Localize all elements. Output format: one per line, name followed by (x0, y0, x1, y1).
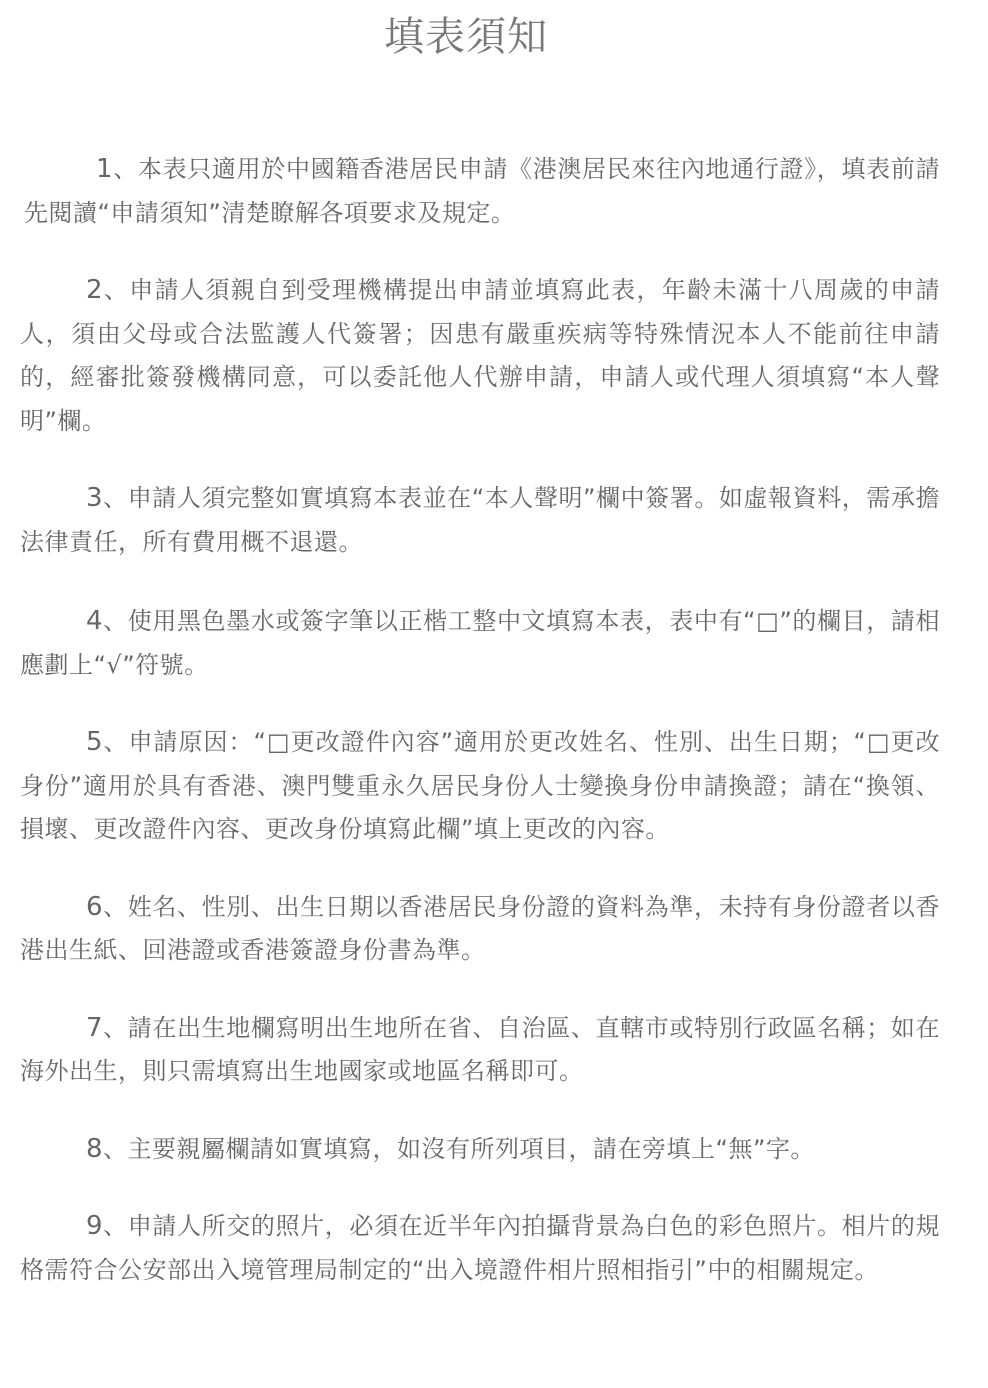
page-title: 填表須知 (0, 12, 932, 62)
note-number: 2 (86, 275, 103, 305)
note-item-9: 9、申請人所交的照片，必須在近半年內拍攝背景為白色的彩色照片。相片的規格需符合公… (20, 1205, 940, 1292)
note-text: 、申請原因：“□更改證件內容”適用於更改姓名、性別、出生日期；“□更改身份”適用… (20, 728, 940, 843)
note-text: 、請在出生地欄寫明出生地所在省、自治區、直轄市或特別行政區名稱；如在海外出生，則… (20, 1014, 940, 1086)
note-text: 、姓名、性別、出生日期以香港居民身份證的資料為準，未持有身份證者以香港出生紙、回… (20, 893, 940, 965)
note-number: 8 (86, 1134, 103, 1164)
note-item-6: 6、姓名、性別、出生日期以香港居民身份證的資料為準，未持有身份證者以香港出生紙、… (20, 886, 940, 973)
note-text: 、使用黑色墨水或簽字筆以正楷工整中文填寫本表，表中有“□”的欄目，請相應劃上“√… (20, 607, 940, 679)
note-item-7: 7、請在出生地欄寫明出生地所在省、自治區、直轄市或特別行政區名稱；如在海外出生，… (20, 1007, 940, 1094)
note-text: 、申請人須親自到受理機構提出申請並填寫此表，年齡未滿十八周歲的申請人，須由父母或… (20, 276, 940, 435)
note-text: 、本表只適用於中國籍香港居民申請《港澳居民來往內地通行證》，填表前請先閱讀“申請… (24, 155, 940, 227)
note-number: 5 (86, 727, 103, 757)
notes-list: 1、本表只適用於中國籍香港居民申請《港澳居民來往內地通行證》，填表前請先閱讀“申… (20, 148, 940, 1326)
note-item-4: 4、使用黑色墨水或簽字筆以正楷工整中文填寫本表，表中有“□”的欄目，請相應劃上“… (20, 600, 940, 687)
note-text: 、主要親屬欄請如實填寫，如沒有所列項目，請在旁填上“無”字。 (103, 1135, 815, 1163)
note-item-2: 2、申請人須親自到受理機構提出申請並填寫此表，年齡未滿十八周歲的申請人，須由父母… (20, 269, 940, 443)
note-number: 9 (86, 1211, 103, 1241)
note-text: 、申請人須完整如實填寫本表並在“本人聲明”欄中簽署。如虛報資料，需承擔法律責任，… (20, 484, 940, 556)
note-number: 4 (86, 606, 103, 636)
note-text: 、申請人所交的照片，必須在近半年內拍攝背景為白色的彩色照片。相片的規格需符合公安… (20, 1212, 940, 1284)
note-item-5: 5、申請原因：“□更改證件內容”適用於更改姓名、性別、出生日期；“□更改身份”適… (20, 721, 940, 852)
instructions-page: 填表須知 1、本表只適用於中國籍香港居民申請《港澳居民來往內地通行證》，填表前請… (0, 0, 988, 1388)
note-number: 7 (86, 1013, 103, 1043)
note-item-3: 3、申請人須完整如實填寫本表並在“本人聲明”欄中簽署。如虛報資料，需承擔法律責任… (20, 477, 940, 564)
note-item-1: 1、本表只適用於中國籍香港居民申請《港澳居民來往內地通行證》，填表前請先閱讀“申… (20, 148, 940, 235)
note-item-8: 8、主要親屬欄請如實填寫，如沒有所列項目，請在旁填上“無”字。 (20, 1128, 940, 1172)
note-number: 6 (86, 892, 103, 922)
note-number: 1 (96, 154, 113, 184)
note-number: 3 (86, 483, 103, 513)
